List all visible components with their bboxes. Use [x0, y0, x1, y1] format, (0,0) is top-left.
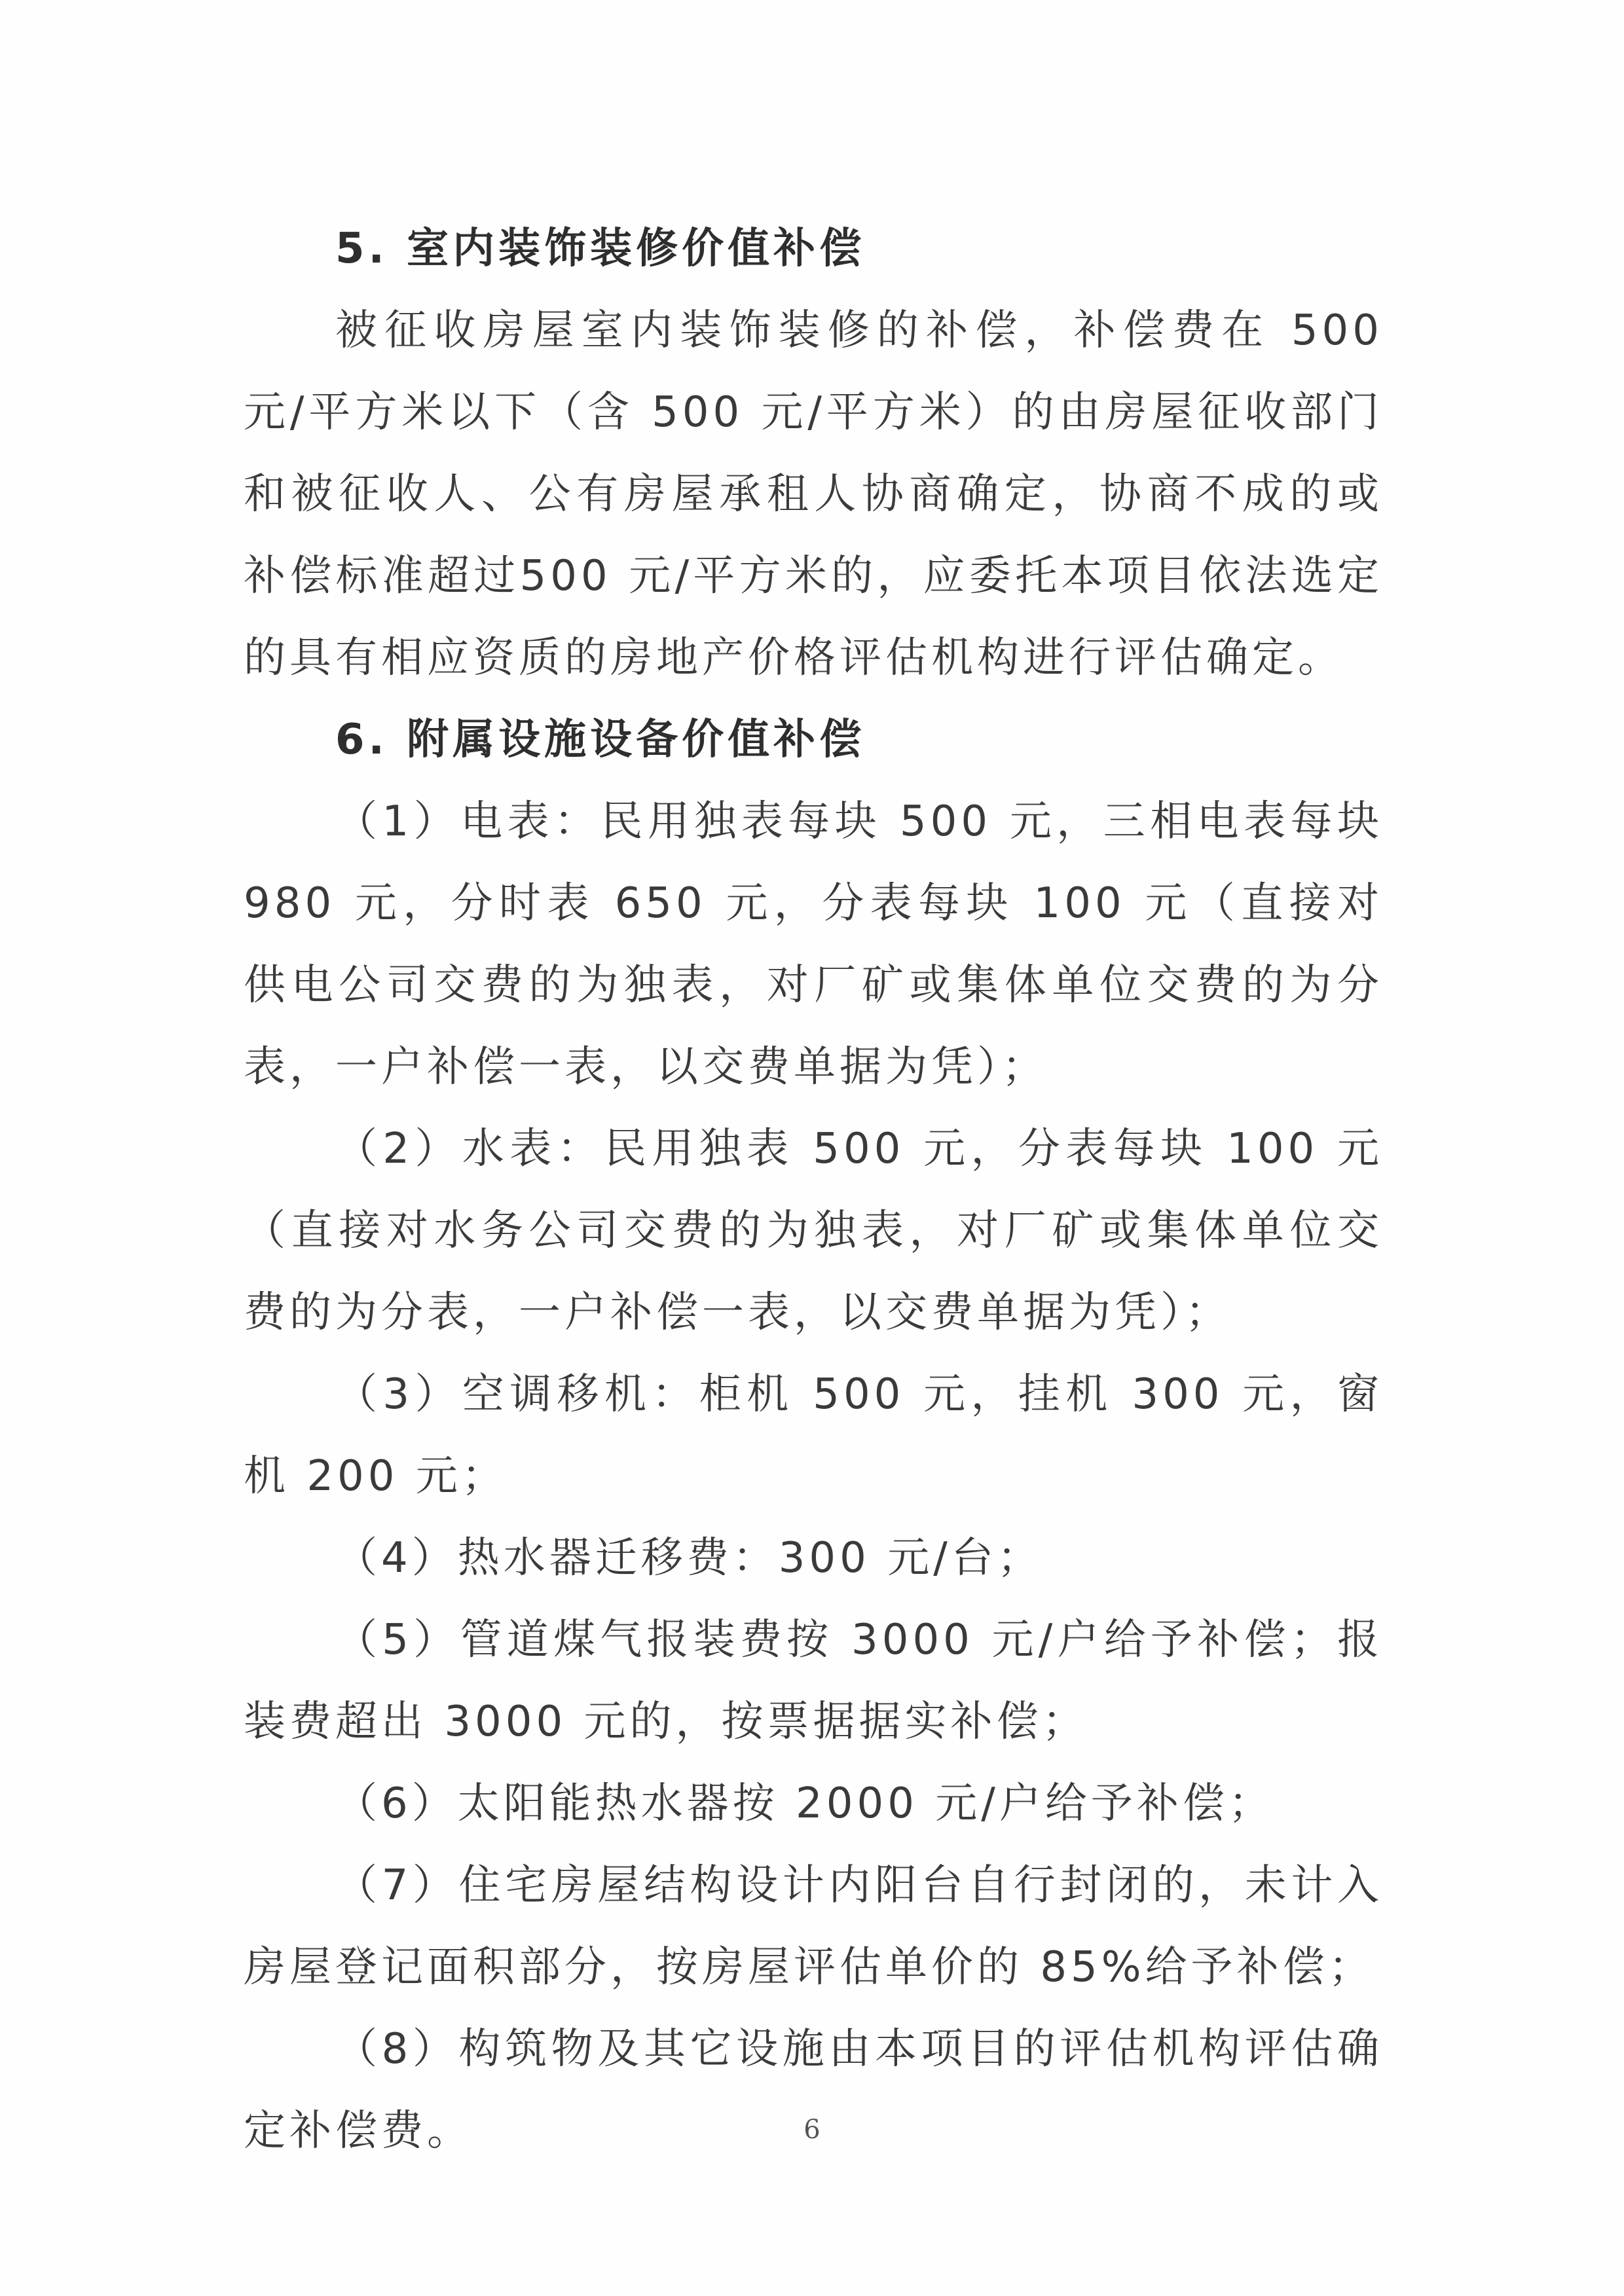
section-heading-6: 6. 附属设施设备价值补偿 [244, 699, 1383, 781]
section-heading-5: 5. 室内装饰装修价值补偿 [244, 208, 1383, 290]
page-number: 6 [0, 2115, 1624, 2145]
item-gas-pipeline: （5）管道煤气报装费按 3000 元/户给予补偿；报装费超出 3000 元的，按… [244, 1599, 1383, 1763]
item-structures: （8）构筑物及其它设施由本项目的评估机构评估确定补偿费。 [244, 2009, 1383, 2172]
document-page: 5. 室内装饰装修价值补偿 被征收房屋室内装饰装修的补偿，补偿费在 500 元/… [0, 0, 1624, 2296]
item-balcony-enclosure: （7）住宅房屋结构设计内阳台自行封闭的，未计入房屋登记面积部分，按房屋评估单价的… [244, 1845, 1383, 2009]
paragraph-decoration-compensation: 被征收房屋室内装饰装修的补偿，补偿费在 500 元/平方米以下（含 500 元/… [244, 290, 1383, 699]
item-water-heater: （4）热水器迁移费：300 元/台； [244, 1518, 1383, 1599]
item-electric-meter: （1）电表：民用独表每块 500 元，三相电表每块 980 元，分时表 650 … [244, 781, 1383, 1108]
document-body: 5. 室内装饰装修价值补偿 被征收房屋室内装饰装修的补偿，补偿费在 500 元/… [244, 208, 1383, 2172]
item-water-meter: （2）水表：民用独表 500 元，分表每块 100 元（直接对水务公司交费的为独… [244, 1108, 1383, 1354]
item-air-conditioner: （3）空调移机：柜机 500 元，挂机 300 元，窗机 200 元； [244, 1354, 1383, 1518]
item-solar-heater: （6）太阳能热水器按 2000 元/户给予补偿； [244, 1763, 1383, 1845]
